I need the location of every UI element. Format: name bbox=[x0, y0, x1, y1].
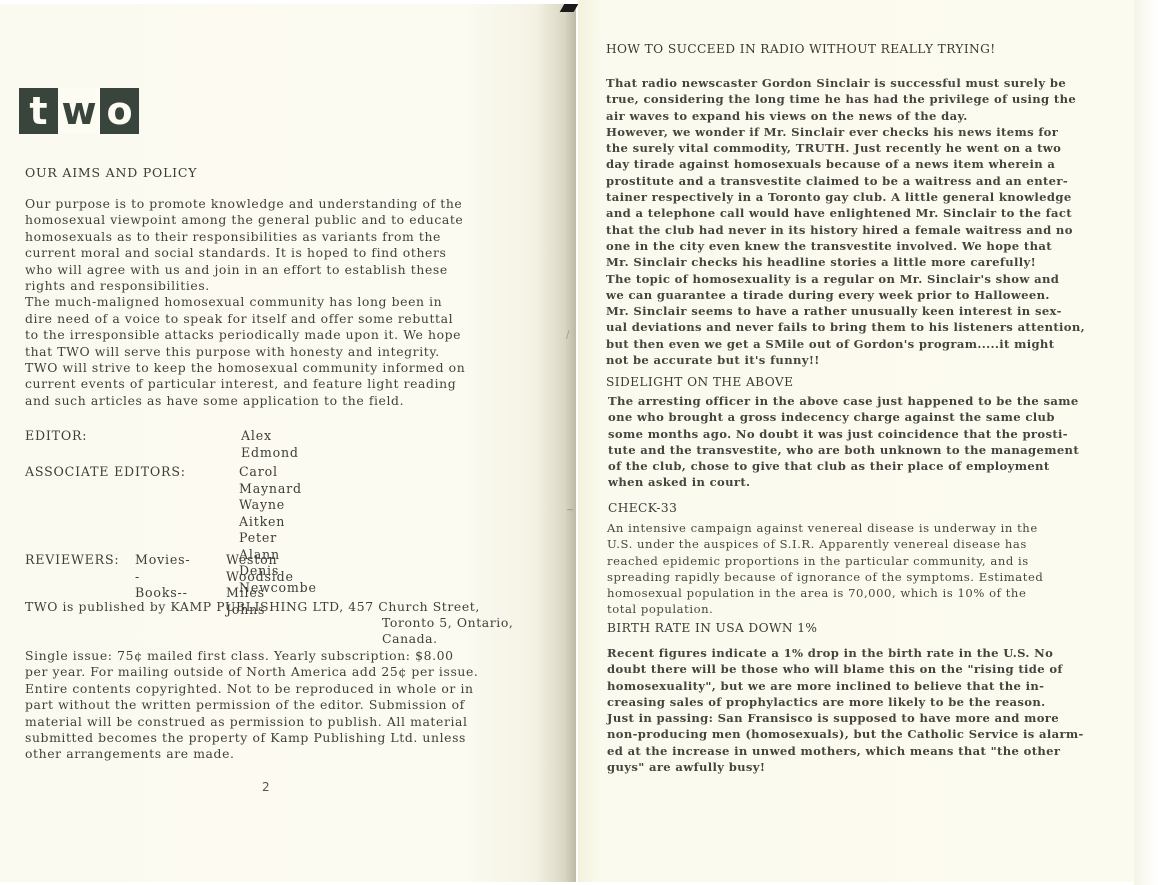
article-heading-check33: CHECK-33 bbox=[608, 501, 677, 515]
subscription-info: Single issue: 75¢ mailed first class. Ye… bbox=[25, 648, 535, 763]
article-heading-radio: HOW TO SUCCEED IN RADIO WITHOUT REALLY T… bbox=[606, 42, 996, 56]
article-body-radio: That radio newscaster Gordon Sinclair is… bbox=[606, 75, 1126, 368]
aims-body: Our purpose is to promote knowledge and … bbox=[25, 196, 545, 409]
article-body-check33: An intensive campaign against venereal d… bbox=[607, 520, 1127, 618]
magazine-spread: t w o OUR AIMS AND POLICY Our purpose is… bbox=[0, 0, 1158, 885]
logo-letter-t: t bbox=[19, 88, 58, 134]
page-number: 2 bbox=[262, 780, 270, 794]
publisher-address: Toronto 5, Ontario, Canada. bbox=[382, 615, 513, 648]
reviewer-roles: Movies-- Books-- bbox=[135, 552, 190, 602]
associate-editors-label: ASSOCIATE EDITORS: bbox=[25, 464, 186, 479]
logo-letter-w: w bbox=[58, 88, 100, 134]
aims-heading: OUR AIMS AND POLICY bbox=[25, 165, 197, 180]
two-logo: t w o bbox=[19, 88, 139, 134]
article-heading-sidelight: SIDELIGHT ON THE ABOVE bbox=[606, 375, 793, 389]
article-body-birthrate: Recent figures indicate a 1% drop in the… bbox=[607, 645, 1127, 775]
reviewers-label: REVIEWERS: bbox=[25, 552, 119, 567]
article-body-sidelight: The arresting officer in the above case … bbox=[608, 393, 1128, 491]
scan-mark: ~ bbox=[566, 505, 574, 516]
editor-name: Alex Edmond bbox=[241, 428, 299, 461]
scan-mark: / bbox=[566, 330, 569, 341]
editor-label: EDITOR: bbox=[25, 428, 87, 443]
logo-letter-o: o bbox=[100, 88, 139, 134]
publisher-line: TWO is published by KAMP PUBLISHING LTD,… bbox=[25, 599, 480, 614]
article-heading-birthrate: BIRTH RATE IN USA DOWN 1% bbox=[607, 621, 817, 635]
page-edge bbox=[1134, 0, 1158, 885]
